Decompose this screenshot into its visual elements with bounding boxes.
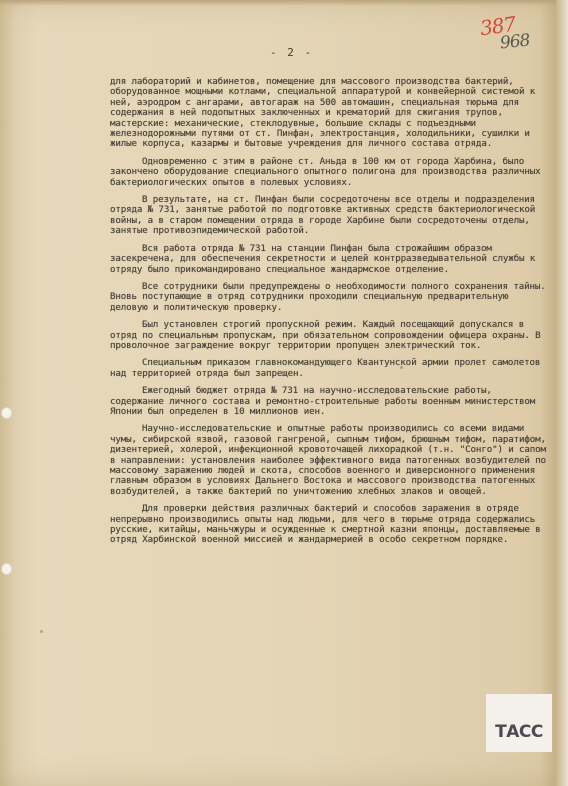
paragraph: для лабораторий и кабинетов, помещение д… bbox=[110, 77, 550, 150]
watermark-box: ТАСС bbox=[486, 694, 552, 752]
page-number: - 2 - bbox=[270, 46, 313, 59]
paragraph: Специальным приказом главнокомандующего … bbox=[110, 358, 550, 379]
page-edge bbox=[556, 0, 568, 786]
paragraph: Вся работа отряда № 731 на станции Пинфа… bbox=[110, 244, 550, 275]
paper-speck bbox=[40, 630, 43, 633]
punch-hole bbox=[2, 564, 11, 574]
paragraph: Для проверки действия различных бактерий… bbox=[110, 504, 550, 546]
document-body: для лабораторий и кабинетов, помещение д… bbox=[110, 77, 550, 553]
archive-number-gray: 968 bbox=[499, 31, 530, 54]
page-fold bbox=[0, 0, 556, 6]
paragraph: Ежегодный бюджет отряда № 731 на научно-… bbox=[110, 386, 550, 417]
paragraph: Все сотрудники были предупреждены о необ… bbox=[110, 282, 550, 313]
paragraph: Научно-исследовательские и опытные работ… bbox=[110, 424, 550, 497]
punch-hole bbox=[2, 408, 11, 418]
paragraph: Одновременно с этим в районе ст. Аньда в… bbox=[110, 157, 550, 188]
tass-logo: ТАСС bbox=[495, 722, 543, 742]
paragraph: В результате, на ст. Пинфан были сосредо… bbox=[110, 195, 550, 237]
paragraph: Был установлен строгий пропускной режим.… bbox=[110, 320, 550, 351]
